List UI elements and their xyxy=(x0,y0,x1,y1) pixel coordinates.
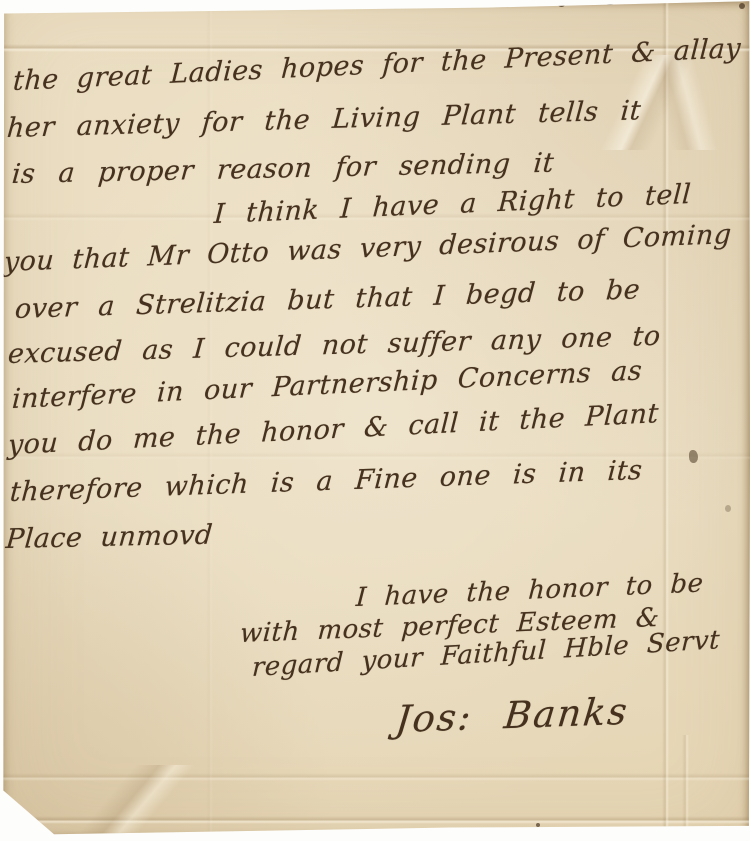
scan-background: the great Ladies hopes for the Present &… xyxy=(0,0,750,841)
ink-speck xyxy=(739,3,745,9)
handwriting-line: therefore which is a Fine one is in its xyxy=(9,455,644,508)
fold-crease-bottom xyxy=(0,816,750,824)
handwriting-line: is a proper reason for sending it xyxy=(11,148,556,190)
ink-speck xyxy=(558,2,565,7)
handwriting-line: the great Ladies hopes for the Present &… xyxy=(12,33,742,97)
ink-speck xyxy=(536,823,540,827)
letter-paper: the great Ladies hopes for the Present &… xyxy=(0,0,750,841)
ink-speck xyxy=(604,0,616,5)
fold-crease-lower xyxy=(0,773,750,781)
ink-speck xyxy=(689,450,698,463)
fold-crease-bottom-right xyxy=(682,735,689,830)
handwriting-line: over a Strelitzia but that I begd to be xyxy=(14,274,642,325)
handwriting-line: Place unmovd xyxy=(5,520,214,555)
handwriting-line: her anxiety for the Living Plant tells i… xyxy=(6,95,643,144)
signature: Jos: Banks xyxy=(394,690,631,741)
handwriting-line: you that Mr Otto was very desirous of Co… xyxy=(3,219,733,278)
wrinkle-bottom-left xyxy=(40,765,220,835)
fold-crease-vertical-right xyxy=(662,0,669,841)
ink-speck xyxy=(725,505,731,512)
